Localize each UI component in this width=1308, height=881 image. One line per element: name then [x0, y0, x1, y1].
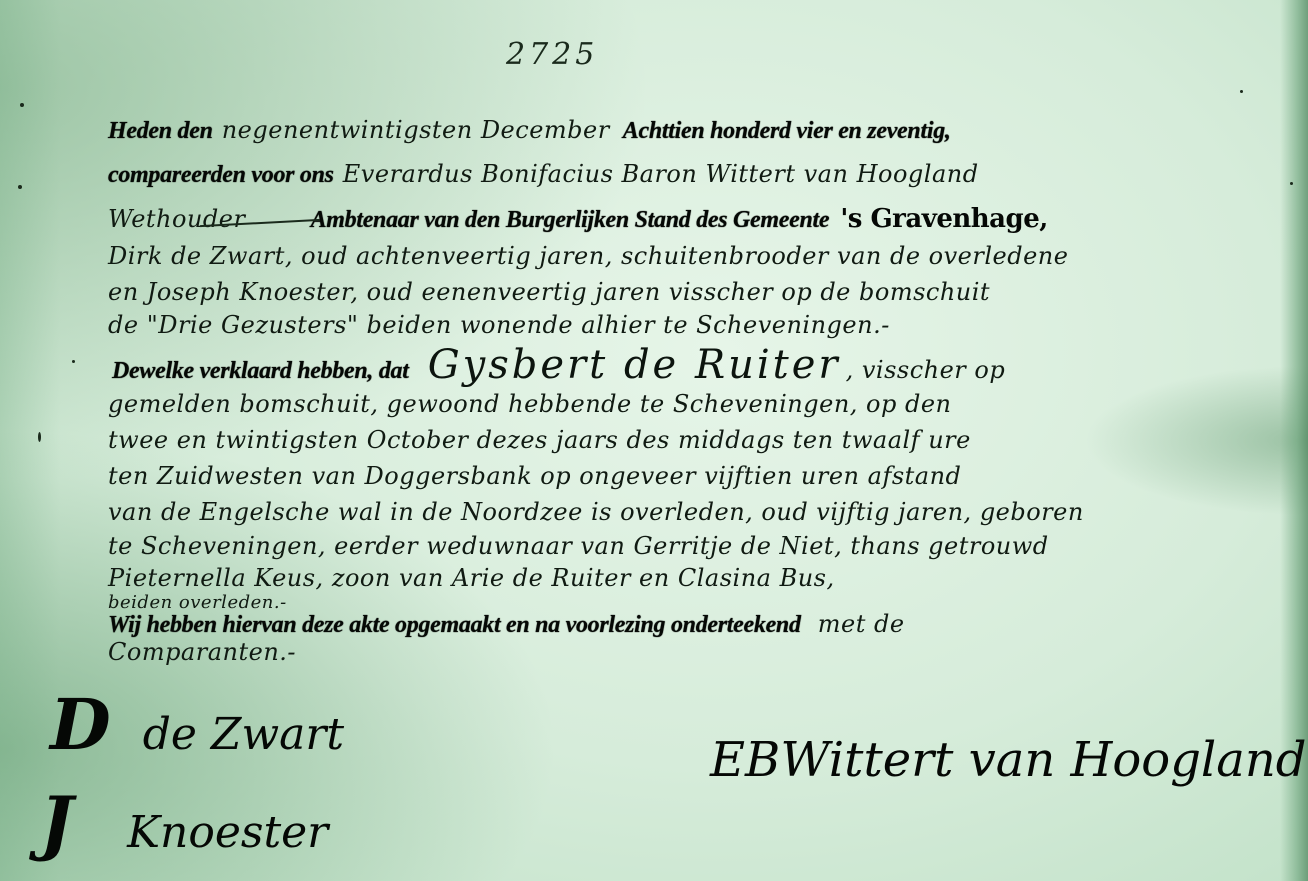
handwritten-text: met de: [818, 610, 905, 638]
line-comparants: Comparanten.-: [108, 640, 296, 664]
line-declaration: Dewelke verklaard hebben, dat Gysbert de…: [112, 345, 1005, 385]
line-residence: gemelden bomschuit, gewoond hebbende te …: [108, 392, 952, 416]
handwritten-occupation: , visscher op: [846, 356, 1006, 384]
line-death-date: twee en twintigsten October dezes jaars …: [108, 428, 971, 452]
line-closing: Wij hebben hiervan deze akte opgemaakt e…: [108, 612, 905, 637]
record-number: 2725: [506, 40, 598, 70]
ink-speck: [1240, 90, 1243, 93]
handwritten-official-name: Everardus Bonifacius Baron Wittert van H…: [343, 160, 979, 188]
printed-text: compareerden voor ons: [108, 162, 334, 188]
line-parents: Pieternella Keus, zoon van Arie de Ruite…: [108, 566, 835, 590]
line-parents-deceased: beiden overleden.-: [108, 594, 287, 612]
ink-speck: [38, 432, 41, 442]
line-appeared: compareerden voor ons Everardus Bonifaci…: [108, 162, 979, 187]
signature-initial: J: [40, 781, 73, 864]
printed-text: Dewelke verklaard hebben, dat: [112, 358, 409, 384]
signature-name: Knoester: [127, 807, 328, 858]
line-marital-status: te Scheveningen, eerder weduwnaar van Ge…: [108, 534, 1049, 558]
printed-text: Wij hebben hiervan deze akte opgemaakt e…: [108, 612, 801, 638]
ink-speck: [18, 185, 22, 189]
line-death-location: ten Zuidwesten van Doggersbank op ongeve…: [108, 464, 961, 488]
ink-speck: [20, 103, 24, 107]
printed-text: Ambtenaar van den Burgerlijken Stand des…: [311, 207, 830, 233]
handwritten-deceased-name: Gysbert de Ruiter: [428, 342, 841, 388]
signature-name: de Zwart: [143, 709, 344, 760]
signature-witness-2: J Knoester: [40, 788, 328, 858]
line-witness-1: Dirk de Zwart, oud achtenveertig jaren, …: [108, 244, 1068, 268]
ink-speck: [1290, 182, 1293, 185]
handwritten-title: Wethouder: [108, 205, 245, 233]
signature-official: EBWittert van Hoogland: [710, 736, 1307, 784]
ink-speck: [72, 360, 75, 363]
printed-year: Achttien honderd vier en zeventig,: [623, 118, 951, 144]
line-witness-2: en Joseph Knoester, oud eenenveertig jar…: [108, 280, 990, 304]
printed-text: Heden den: [108, 118, 213, 144]
printed-municipality: 's Gravenhage,: [840, 204, 1047, 234]
line-official-title: Wethouder Ambtenaar van den Burgerlijken…: [108, 206, 1048, 232]
handwritten-date: negenentwintigsten December: [222, 116, 610, 144]
signature-initial: D: [50, 683, 111, 766]
line-date: Heden den negenentwintigsten December Ac…: [108, 118, 951, 143]
line-death-place: van de Engelsche wal in de Noordzee is o…: [108, 500, 1084, 524]
certificate-page: 2725 Heden den negenentwintigsten Decemb…: [0, 0, 1308, 881]
line-witness-residence: de "Drie Gezusters" beiden wonende alhie…: [108, 313, 890, 337]
signature-witness-1: D de Zwart: [50, 690, 344, 760]
